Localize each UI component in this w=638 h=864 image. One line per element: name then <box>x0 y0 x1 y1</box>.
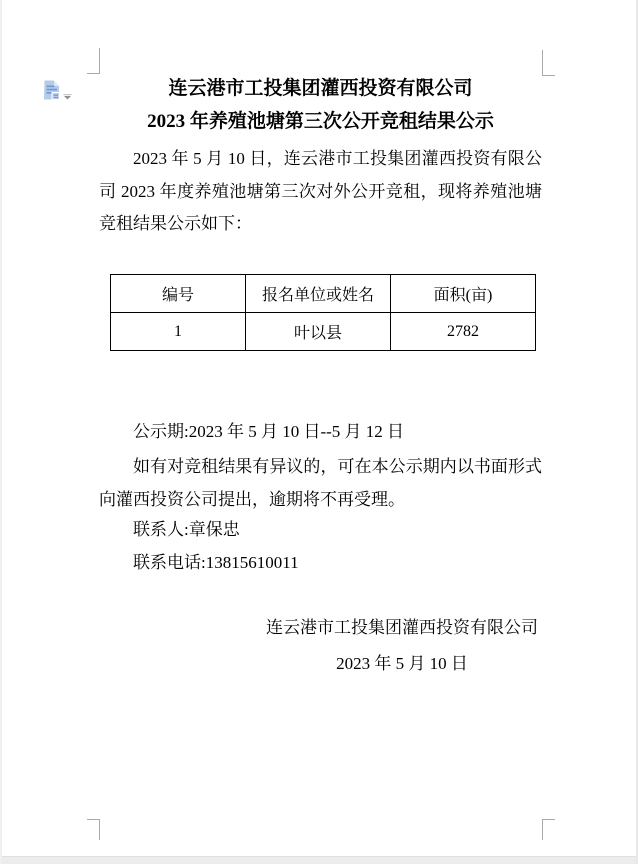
doc-title-line1: 连云港市工投集团灌西投资有限公司 <box>99 77 542 101</box>
chevron-down-icon <box>63 87 72 105</box>
page-bottom-edge <box>2 856 636 864</box>
table-row: 1 叶以县 2782 <box>111 313 536 351</box>
cell-name: 叶以县 <box>246 313 391 351</box>
objection-paragraph: 如有对竞租结果有异议的，可在本公示期内以书面形式向灌西投资公司提出，逾期将不再受… <box>99 451 542 516</box>
cell-area: 2782 <box>391 313 536 351</box>
contact-phone-line: 联系电话:13815610011 <box>99 552 542 574</box>
text-boundary-mark-bottom-left <box>87 819 100 840</box>
text-boundary-mark-top-left <box>87 48 100 74</box>
document-format-icon <box>44 80 60 105</box>
contact-person-line: 联系人:章保忠 <box>99 519 542 541</box>
cell-number: 1 <box>111 313 246 351</box>
text-boundary-mark-top-right <box>542 50 555 76</box>
text-boundary-mark-bottom-right <box>542 819 555 840</box>
margin-format-button[interactable] <box>44 80 72 100</box>
signature-date: 2023 年 5 月 10 日 <box>336 653 468 675</box>
header-cell-number: 编号 <box>111 275 246 313</box>
signature-block: 连云港市工投集团灌西投资有限公司 2023 年 5 月 10 日 <box>266 617 538 675</box>
doc-title-line2: 2023 年养殖池塘第三次公开竞租结果公示 <box>99 110 542 134</box>
header-cell-area: 面积(亩) <box>391 275 536 313</box>
header-cell-name: 报名单位或姓名 <box>246 275 391 313</box>
table-header-row: 编号 报名单位或姓名 面积(亩) <box>111 275 536 313</box>
publicity-period-line: 公示期:2023 年 5 月 10 日--5 月 12 日 <box>99 421 542 443</box>
results-table: 编号 报名单位或姓名 面积(亩) 1 叶以县 2782 <box>110 274 536 351</box>
signature-company: 连云港市工投集团灌西投资有限公司 <box>266 617 538 639</box>
intro-paragraph: 2023 年 5 月 10 日，连云港市工投集团灌西投资有限公司 2023 年度… <box>99 143 542 241</box>
document-page: 连云港市工投集团灌西投资有限公司 2023 年养殖池塘第三次公开竞租结果公示 2… <box>0 0 638 864</box>
